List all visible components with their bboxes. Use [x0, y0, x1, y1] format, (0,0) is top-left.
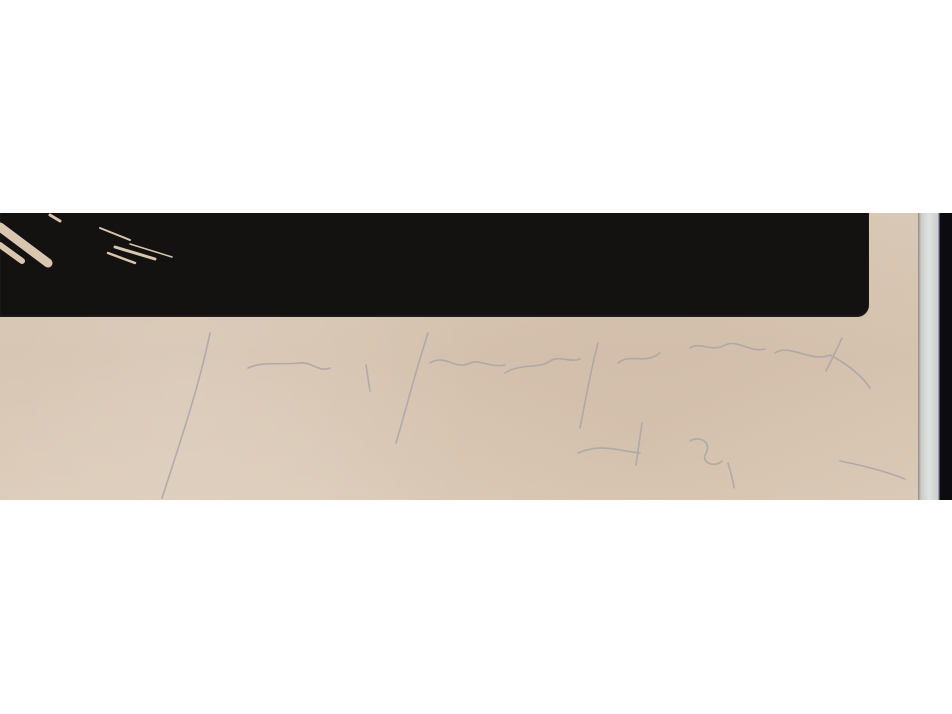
frame-edge: [940, 213, 952, 500]
mat-board-edge: [918, 213, 940, 500]
photograph: (illegible pencil signature) —1'84: [0, 213, 952, 500]
print-marks: [0, 213, 918, 500]
